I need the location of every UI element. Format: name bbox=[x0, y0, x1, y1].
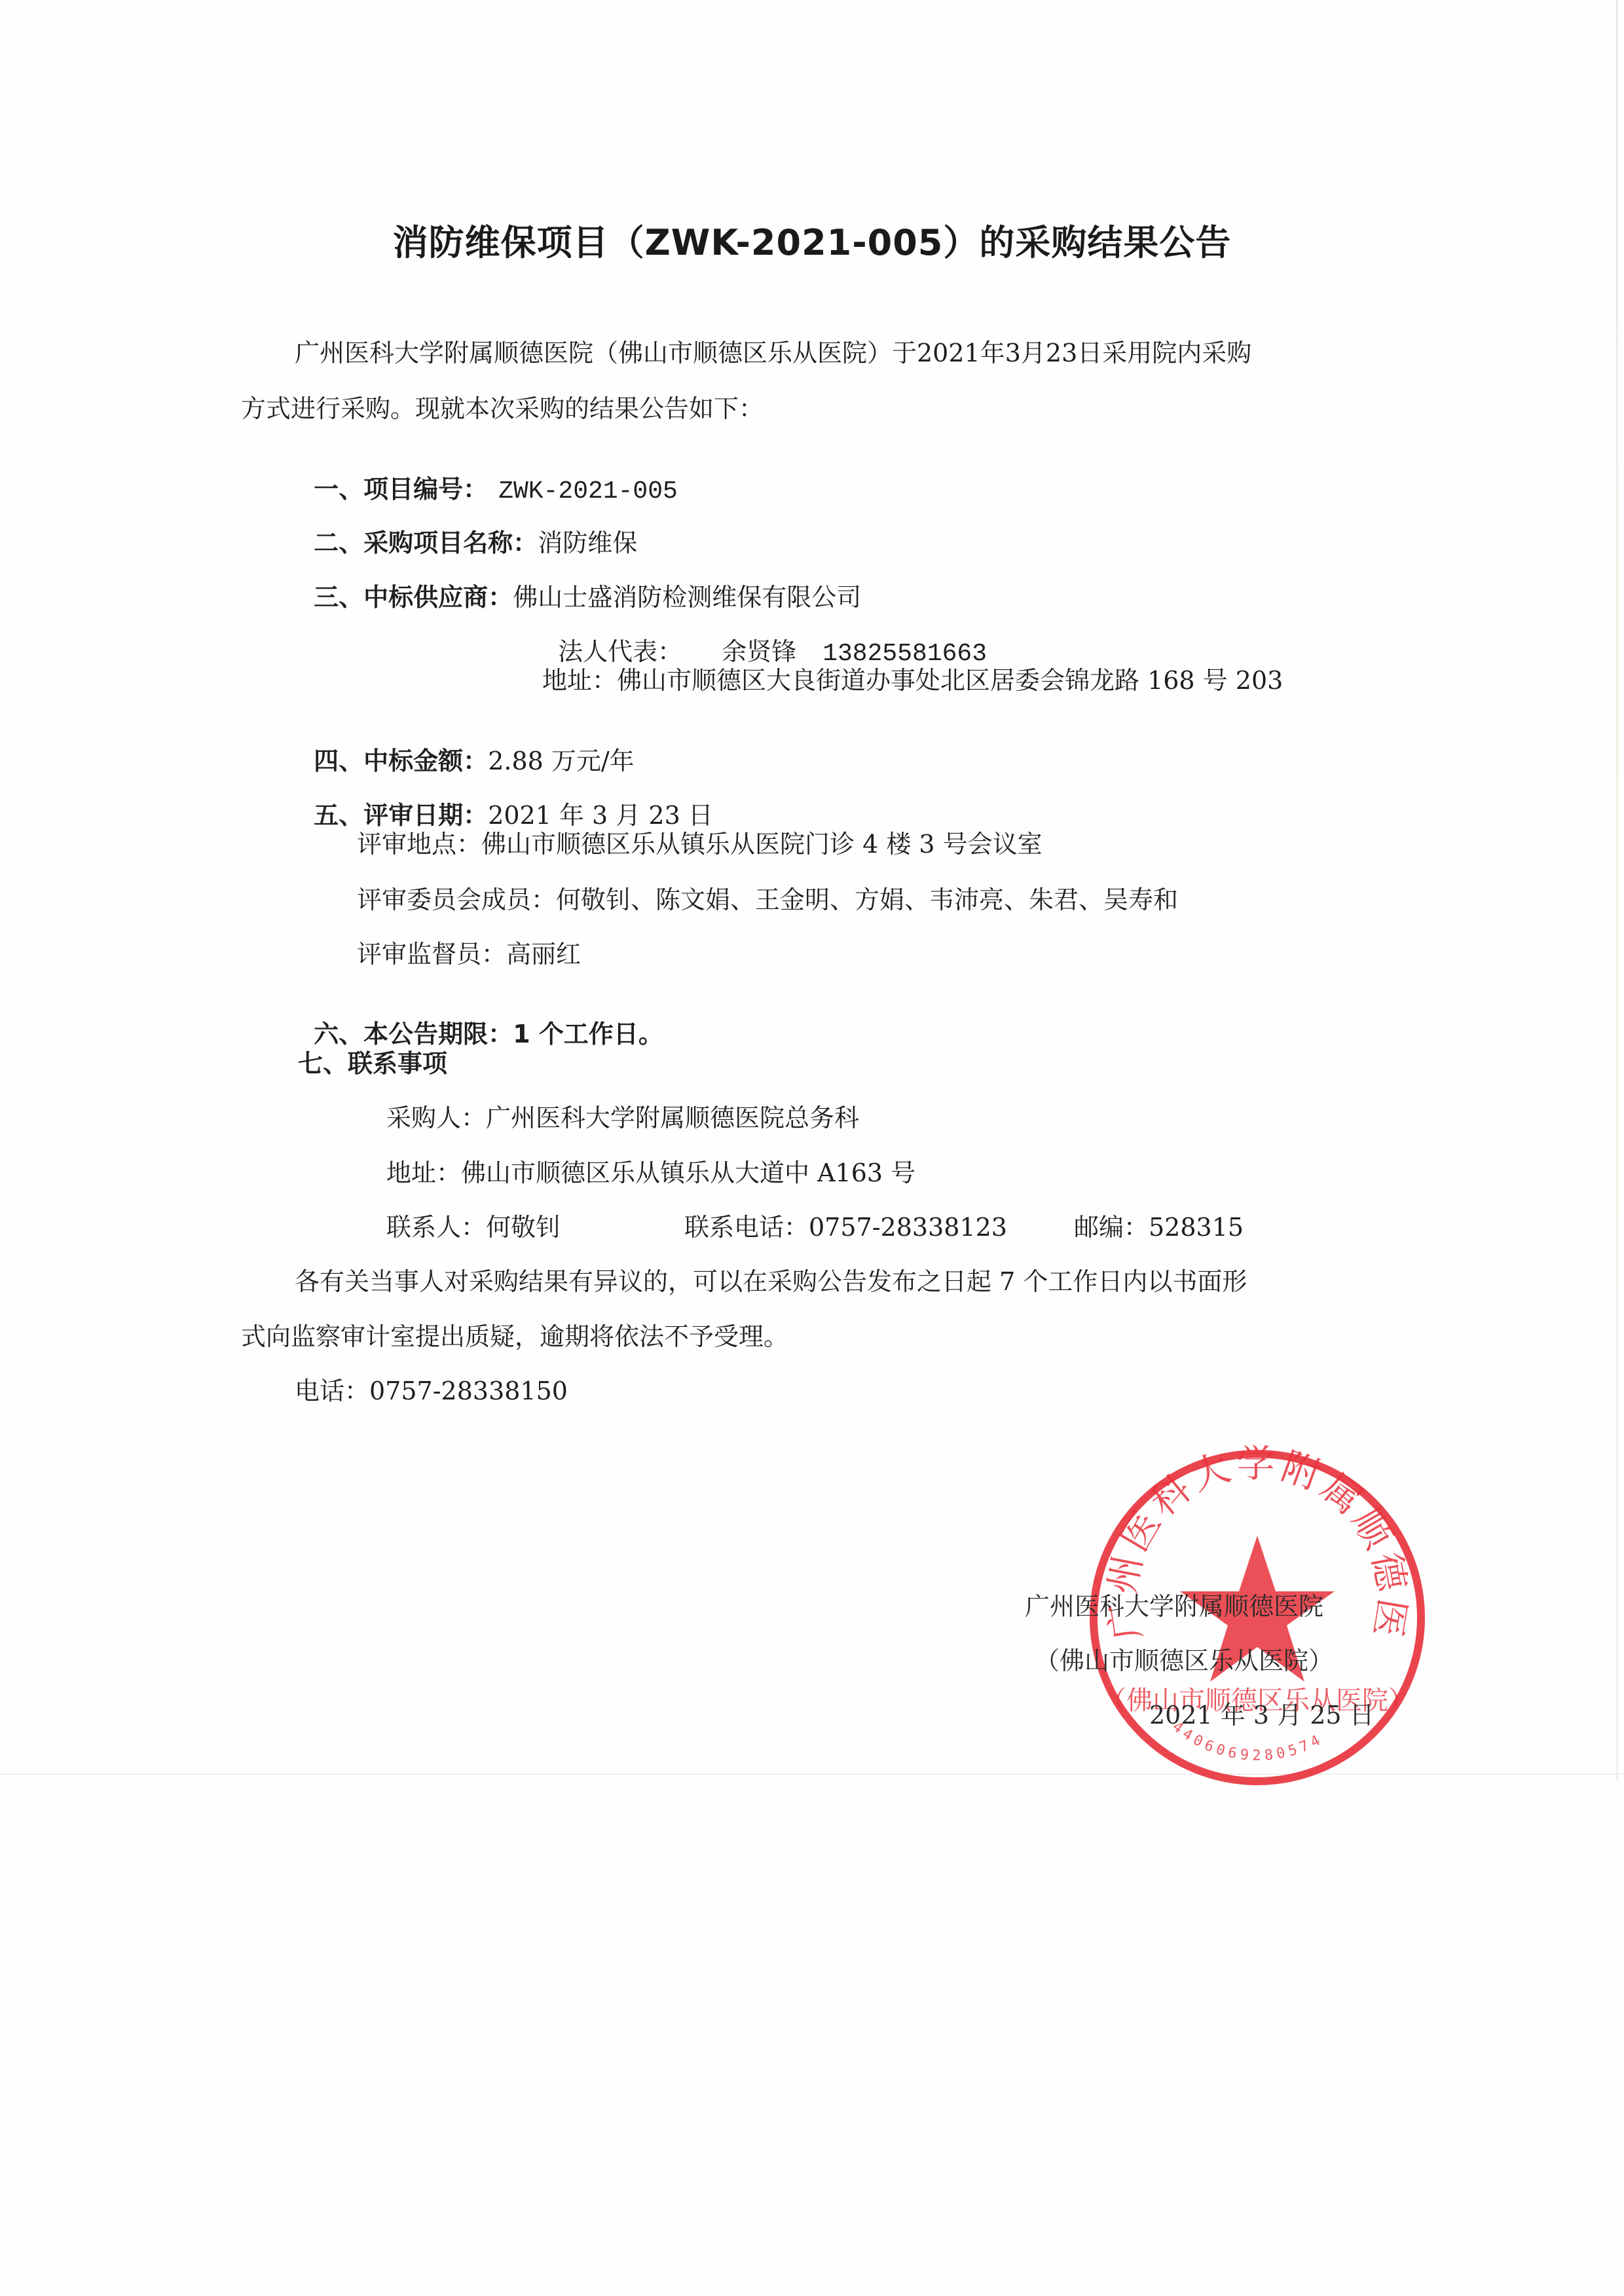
signature-date: 2021 年 3 月 25 日 bbox=[1149, 1695, 1375, 1731]
period-label: 六、本公告期限： bbox=[314, 1020, 513, 1048]
contact-address: 地址：佛山市顺德区乐从镇乐从大道中 A163 号 bbox=[386, 1160, 915, 1185]
legal-rep-label: 法人代表： bbox=[558, 637, 682, 666]
item-project-name: 二、采购项目名称：消防维保 bbox=[298, 506, 637, 555]
item-supplier: 三、中标供应商：佛山士盛消防检测维保有限公司 bbox=[298, 560, 861, 610]
page-title: 消防维保项目（ZWK-2021-005）的采购结果公告 bbox=[0, 215, 1624, 265]
signature-org-line-1: 广州医科大学附属顺德医院 bbox=[1025, 1586, 1323, 1622]
item-period: 六、本公告期限：1 个工作日。 bbox=[298, 997, 663, 1046]
review-committee: 评审委员会成员：何敬钊、陈文娟、王金明、方娟、韦沛亮、朱君、吴寿和 bbox=[357, 887, 1178, 912]
period-value: 1 个工作日。 bbox=[513, 1020, 663, 1048]
supplier-value: 佛山士盛消防检测维保有限公司 bbox=[513, 583, 861, 612]
item-project-no: 一、项目编号：ZWK-2021-005 bbox=[298, 452, 678, 504]
item-review-date: 五、评审日期：2021 年 3 月 23 日 bbox=[298, 778, 713, 828]
project-no-label: 一、项目编号： bbox=[314, 475, 488, 504]
supplier-label: 三、中标供应商： bbox=[314, 583, 513, 612]
review-date-value: 2021 年 3 月 23 日 bbox=[488, 801, 713, 830]
contact-postcode: 邮编：528315 bbox=[1074, 1215, 1244, 1240]
contact-purchaser: 采购人：广州医科大学附属顺德医院总务科 bbox=[386, 1105, 859, 1130]
project-name-label: 二、采购项目名称： bbox=[314, 528, 538, 557]
item-amount: 四、中标金额：2.88 万元/年 bbox=[298, 724, 635, 773]
objection-line-1: 各有关当事人对采购结果有异议的，可以在采购公告发布之日起 7 个工作日内以书面形 bbox=[295, 1269, 1247, 1294]
project-no-value: ZWK-2021-005 bbox=[498, 477, 678, 506]
amount-label: 四、中标金额： bbox=[314, 747, 488, 775]
legal-rep-phone: 13825581663 bbox=[822, 640, 987, 668]
phone-line: 电话：0757-28338150 bbox=[295, 1379, 568, 1403]
review-location: 评审地点：佛山市顺德区乐从镇乐从医院门诊 4 楼 3 号会议室 bbox=[357, 832, 1043, 857]
page-edge bbox=[1616, 0, 1618, 1781]
review-supervisor: 评审监督员：高丽红 bbox=[357, 942, 581, 967]
objection-line-2: 式向监察审计室提出质疑，逾期将依法不予受理。 bbox=[241, 1324, 788, 1349]
supplier-legal-rep: 法人代表：余贤锋13825581663 bbox=[542, 614, 987, 667]
intro-line-2: 方式进行采购。现就本次采购的结果公告如下： bbox=[241, 396, 764, 421]
signature-org-line-2: （佛山市顺德区乐从医院） bbox=[1035, 1640, 1333, 1676]
project-name-value: 消防维保 bbox=[538, 528, 637, 557]
intro-line-1: 广州医科大学附属顺德医院（佛山市顺德区乐从医院）于2021年3月23日采用院内采… bbox=[295, 341, 1251, 365]
contact-phone: 联系电话：0757-28338123 bbox=[684, 1215, 1007, 1240]
item-contact-heading: 七、联系事项 bbox=[298, 1051, 447, 1076]
review-date-label: 五、评审日期： bbox=[314, 801, 488, 830]
amount-value: 2.88 万元/年 bbox=[488, 747, 635, 775]
contact-person: 联系人：何敬钊 bbox=[386, 1215, 561, 1240]
supplier-address: 地址：佛山市顺德区大良街道办事处北区居委会锦龙路 168 号 203 bbox=[542, 668, 1283, 693]
legal-rep-name: 余贤锋 bbox=[722, 637, 796, 666]
